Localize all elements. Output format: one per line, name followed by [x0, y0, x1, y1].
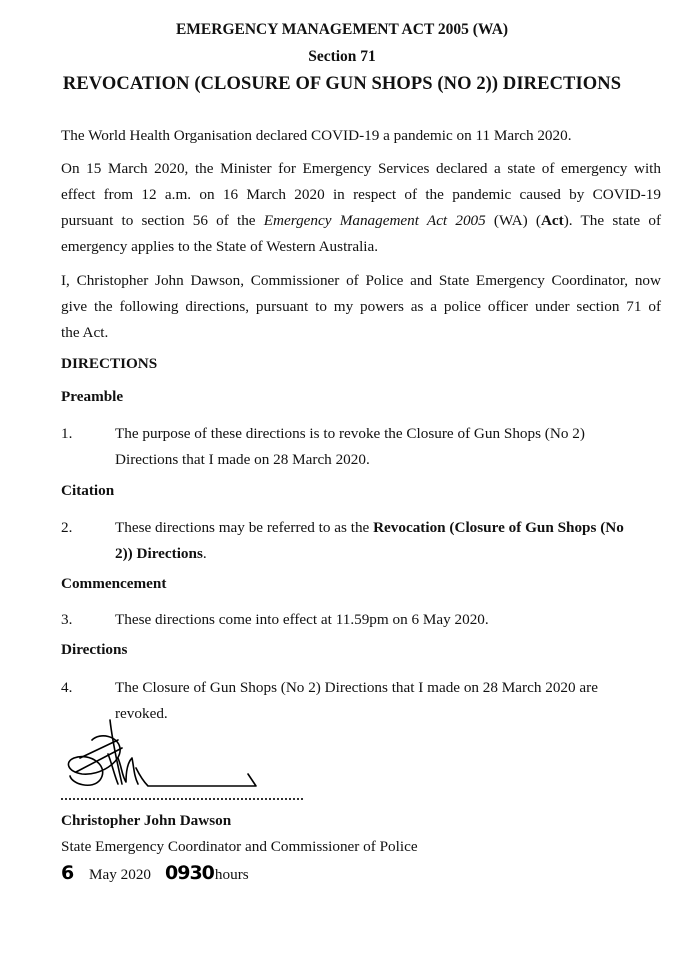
citation-heading: Citation: [61, 482, 114, 500]
signature-line: [61, 796, 303, 800]
clause-number: 2.: [61, 515, 72, 541]
clause-text: These directions may be referred to as t…: [115, 515, 655, 567]
directions-heading: DIRECTIONS: [61, 355, 157, 373]
paragraph-state-of-emergency: On 15 March 2020, the Minister for Emerg…: [61, 156, 661, 260]
text-line: the Act.: [61, 320, 661, 346]
clause-text: These directions come into effect at 11.…: [115, 607, 655, 633]
signing-date: 6May 20200930hours: [61, 862, 249, 884]
text-line: pursuant to section 56 of the Emergency …: [61, 208, 661, 234]
signatory-name: Christopher John Dawson: [61, 812, 231, 830]
act-name-italic: Emergency Management Act 2005: [264, 212, 486, 229]
text-line: effect from 12 a.m. on 16 March 2020 in …: [61, 182, 661, 208]
preamble-heading: Preamble: [61, 388, 123, 406]
act-title: EMERGENCY MANAGEMENT ACT 2005 (WA): [0, 21, 684, 39]
paragraph-who-declaration: The World Health Organisation declared C…: [61, 123, 661, 149]
clause-number: 1.: [61, 421, 72, 447]
text-line: give the following directions, pursuant …: [61, 294, 661, 320]
signature-icon: [60, 718, 280, 790]
signatory-title: State Emergency Coordinator and Commissi…: [61, 838, 418, 856]
clause-number: 3.: [61, 607, 72, 633]
paragraph-commissioner-statement: I, Christopher John Dawson, Commissioner…: [61, 268, 661, 346]
clause-number: 4.: [61, 675, 72, 701]
text-line: I, Christopher John Dawson, Commissioner…: [61, 268, 661, 294]
handwritten-day: 6: [61, 862, 89, 884]
act-abbrev-bold: Act: [541, 212, 564, 229]
directions-subheading: Directions: [61, 641, 127, 659]
text-line: emergency applies to the State of Wester…: [61, 234, 661, 260]
time-suffix: hours: [215, 866, 249, 883]
text-line: On 15 March 2020, the Minister for Emerg…: [61, 156, 661, 182]
section-number: Section 71: [0, 48, 684, 66]
date-month-year: May 2020: [89, 866, 151, 883]
document-title: REVOCATION (CLOSURE OF GUN SHOPS (NO 2))…: [0, 74, 684, 95]
handwritten-time: 0930: [165, 862, 214, 884]
clause-text: The purpose of these directions is to re…: [115, 421, 655, 473]
commencement-heading: Commencement: [61, 575, 166, 593]
document-page: EMERGENCY MANAGEMENT ACT 2005 (WA) Secti…: [0, 0, 684, 960]
